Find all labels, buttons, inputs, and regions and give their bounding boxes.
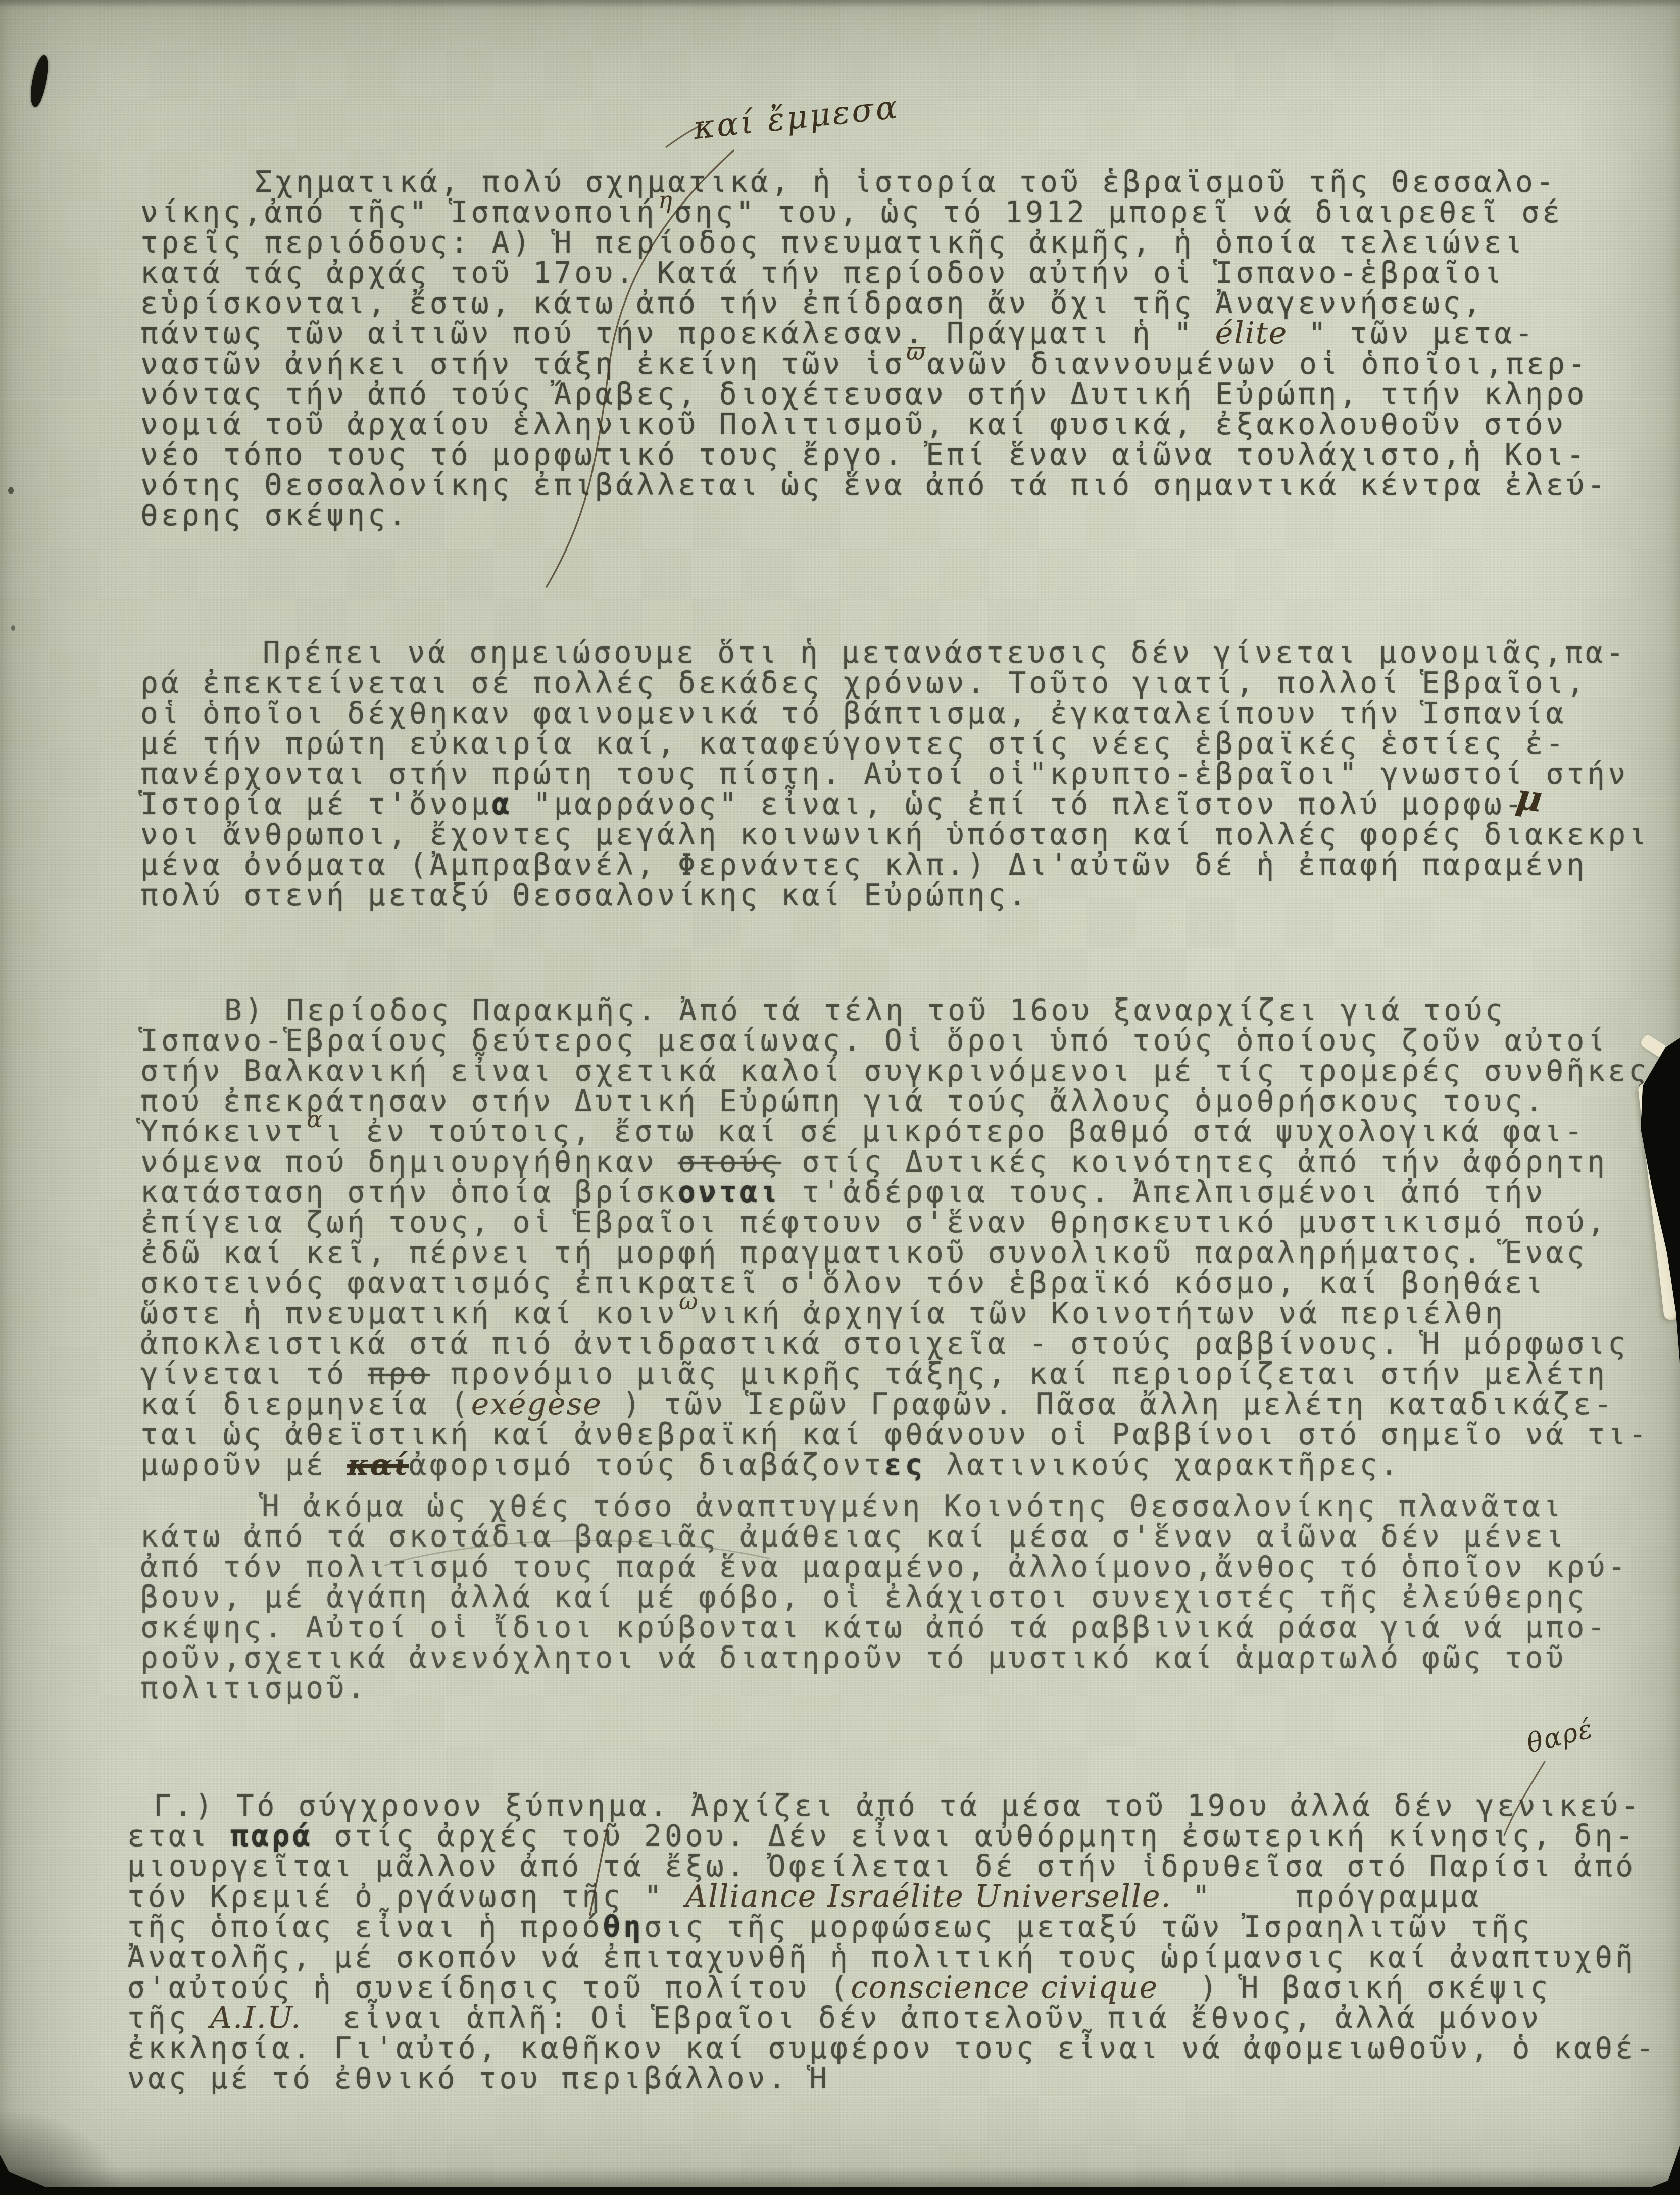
edge-shadow (0, 0, 1680, 8)
ink-marks-overlay (0, 0, 1680, 2195)
insertion-line-tail (666, 124, 703, 147)
paper-sheet: Σχηματικά, πολύ σχηματικά, ἡ ἱστορία τοῦ… (0, 0, 1680, 2195)
caret-slash-mark (590, 1828, 607, 1915)
margin-note-line (1504, 1762, 1545, 1835)
edge-shadow (0, 2167, 1680, 2188)
ink-speck (11, 625, 15, 631)
ink-speck (8, 487, 14, 494)
faint-pencil-arc (384, 1541, 770, 1566)
scanned-document: Σχηματικά, πολύ σχηματικά, ἡ ἱστορία τοῦ… (0, 0, 1680, 2195)
insertion-line (547, 151, 733, 587)
